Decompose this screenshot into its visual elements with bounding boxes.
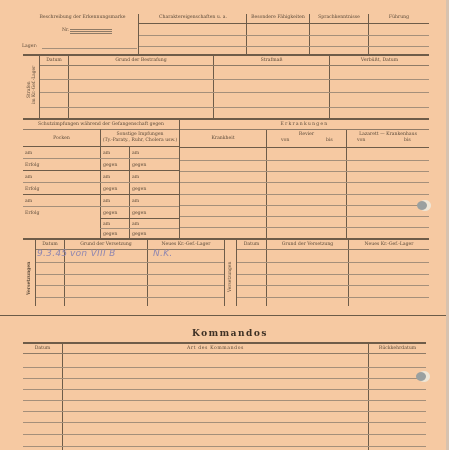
sonstige-gegen-label: gegen: [132, 232, 146, 237]
lazarett-bis-label: bis: [404, 138, 411, 143]
row-rule: [180, 160, 429, 161]
sonstige-am-label: am: [132, 222, 139, 227]
versetzungen-col-lager: Neues Kr.-Gef.-Lager: [148, 242, 224, 247]
row-rule: [237, 262, 429, 263]
strafen-col-grund: Grund der Bestrafung: [69, 58, 213, 63]
pocken-erfolg-label: Erfolg: [25, 163, 39, 168]
row-rule: [237, 297, 429, 298]
versetzung-lager-value: N.K.: [153, 249, 173, 259]
punch-hole: [416, 372, 426, 381]
divider: [138, 14, 139, 54]
sonstige-gegen-label: gegen: [132, 211, 146, 216]
row-rule: [180, 129, 429, 130]
sonstige-am-label: am: [103, 175, 110, 180]
erkrankungen-title: Erkrankungen: [180, 122, 429, 127]
strafen-col-strafmass: Strafmaß: [214, 58, 329, 63]
row-rule: [23, 182, 179, 183]
header-fuehrung-label: Führung: [369, 15, 429, 20]
revier-bis-label: bis: [326, 138, 333, 143]
row-rule: [23, 194, 179, 195]
sonstige-gegen-label: gegen: [103, 232, 117, 237]
row-rule: [180, 216, 429, 217]
header-sprachkenntnisse-label: Sprachkenntnisse: [310, 15, 368, 20]
section-rule: [23, 238, 429, 240]
row-rule: [23, 170, 179, 171]
sonstige-am-label: am: [103, 199, 110, 204]
row-rule: [23, 400, 426, 401]
versetzungen-side-label: Versetzungen: [27, 262, 32, 295]
card-fold: [0, 315, 446, 316]
row-rule: [36, 285, 224, 286]
strafen-col-datum: Datum: [40, 58, 68, 63]
row-rule: [180, 205, 429, 206]
pocken-am-label: am: [25, 151, 32, 156]
section-rule: [23, 54, 429, 56]
sonstige-am-label: am: [103, 222, 110, 227]
divider: [224, 240, 225, 306]
sonstige-gegen-label: gegen: [103, 163, 117, 168]
lazarett-von-label: von: [357, 138, 365, 143]
versetzung-grund-value: von VIII B: [70, 249, 116, 259]
versetzungen-col-grund: Grund der Versetzung: [65, 242, 147, 247]
strafen-side-label: im Kr.-Gef.-Lager: [32, 66, 37, 104]
divider: [309, 14, 310, 54]
header-rule: [139, 46, 429, 47]
nr-line: [70, 31, 112, 32]
row-rule: [180, 194, 429, 195]
strafen-col-verbuesst: Verbüßt, Datum: [330, 58, 429, 63]
header-faehigkeiten-label: Besondere Fähigkeiten: [247, 15, 309, 20]
kommandos-col-datum: Datum: [23, 346, 62, 351]
divider: [129, 146, 130, 238]
versetzungen-right-col-lager: Neues Kr.-Gef.-Lager: [349, 242, 429, 247]
row-rule: [100, 228, 179, 229]
sonstige-am-label: am: [132, 199, 139, 204]
section-rule: [23, 118, 429, 120]
sonstige-gegen-label: gegen: [103, 211, 117, 216]
sonstige-am-label: am: [132, 175, 139, 180]
row-rule: [36, 274, 224, 275]
versetzungen-right-col-datum: Datum: [237, 242, 266, 247]
row-rule: [237, 249, 429, 250]
header-charakter-label: Charaktereigenschaften u. a.: [140, 15, 246, 20]
row-rule: [180, 171, 429, 172]
versetzungen-col-datum: Datum: [36, 242, 64, 247]
row-rule: [40, 79, 429, 80]
revier-von-label: von: [281, 138, 289, 143]
record-card: Beschreibung der Erkennungsmarke Nr. Lag…: [0, 0, 446, 450]
sonstige-gegen-label: gegen: [132, 163, 146, 168]
lager-label: Lager:: [22, 44, 37, 49]
sonstige-am-label: am: [132, 151, 139, 156]
row-rule: [23, 158, 179, 159]
pocken-am-label: am: [25, 199, 32, 204]
nr-line: [70, 33, 112, 34]
row-rule: [23, 129, 179, 130]
versetzungen-right-col-grund: Grund der Versetzung: [267, 242, 348, 247]
pocken-erfolg-label: Erfolg: [25, 187, 39, 192]
versetzungen-side-label-right: Versetzungen: [228, 262, 233, 292]
divider: [246, 14, 247, 54]
erkrankungen-col-krankheit: Krankheit: [180, 136, 266, 141]
row-rule: [100, 218, 179, 219]
row-rule: [40, 92, 429, 93]
section-rule: [23, 342, 426, 344]
row-rule: [23, 389, 426, 390]
row-rule: [23, 378, 426, 379]
row-rule: [23, 434, 426, 435]
pocken-erfolg-label: Erfolg: [25, 211, 39, 216]
row-rule: [36, 262, 224, 263]
header-rule: [139, 35, 429, 36]
kommandos-col-rueckkehr: Rückkehrdatum: [369, 346, 426, 351]
row-rule: [180, 182, 429, 183]
row-rule: [23, 146, 179, 147]
row-rule: [40, 65, 429, 66]
versetzung-datum-value: 9.3.45: [37, 249, 67, 259]
nr-label: Nr.: [62, 28, 69, 33]
row-rule: [40, 107, 429, 108]
impfungen-col-pocken: Pocken: [23, 136, 100, 141]
header-rule: [139, 23, 429, 24]
sonstige-am-label: am: [103, 151, 110, 156]
divider: [368, 14, 369, 54]
kommandos-title: Kommandos: [192, 329, 268, 339]
pocken-am-label: am: [25, 175, 32, 180]
row-rule: [23, 353, 426, 354]
erkrankungen-col-revier: Revier: [267, 132, 346, 137]
header-erkennungsmarke-label: Beschreibung der Erkennungsmarke: [30, 15, 135, 20]
row-rule: [180, 227, 429, 228]
row-rule: [237, 285, 429, 286]
row-rule: [237, 274, 429, 275]
row-rule: [36, 297, 224, 298]
punch-hole: [417, 201, 427, 210]
lager-line: [42, 48, 137, 49]
impfungen-col-sonstige-sub: (Ty.-Paraty., Ruhr, Cholera usw.): [101, 138, 179, 143]
sonstige-gegen-label: gegen: [103, 187, 117, 192]
row-rule: [23, 422, 426, 423]
erkrankungen-col-lazarett: Lazarett — Krankenhaus: [347, 132, 429, 137]
impfungen-col-sonstige: Sonstige Impfungen: [101, 132, 179, 137]
row-rule: [180, 147, 429, 148]
row-rule: [23, 411, 426, 412]
nr-line: [70, 29, 112, 30]
row-rule: [23, 206, 179, 207]
row-rule: [23, 446, 426, 447]
sonstige-gegen-label: gegen: [132, 187, 146, 192]
row-rule: [23, 367, 426, 368]
kommandos-col-art: Art des Kommandos: [63, 346, 368, 351]
impfungen-title: Schutzimpfungen während der Gefangenscha…: [23, 122, 179, 127]
